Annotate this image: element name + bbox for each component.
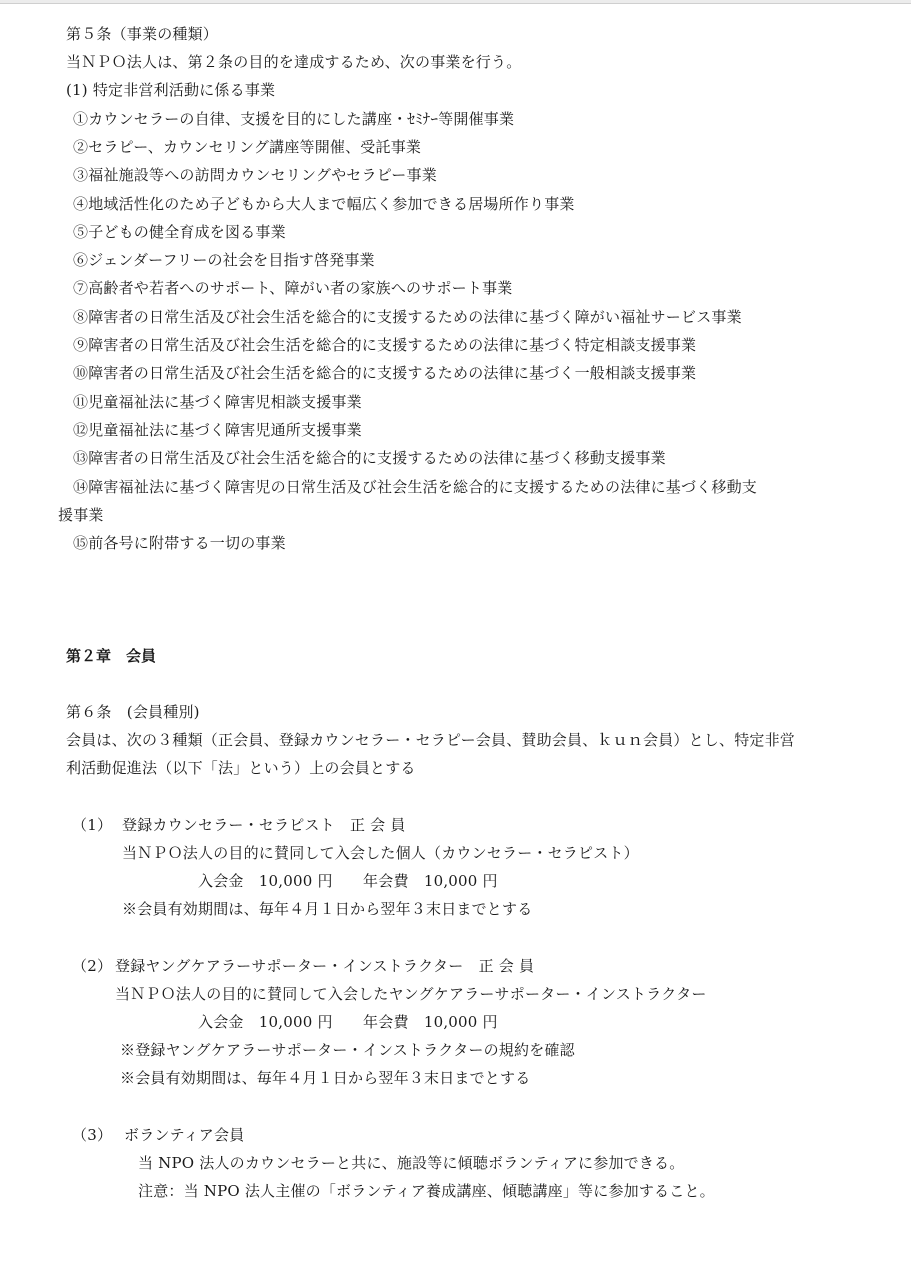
list-item: ③福祉施設等への訪問カウンセリングやセラピー事業 xyxy=(73,165,437,185)
member-note: ※登録ヤングケアラーサポーター・インストラクターの規約を確認 xyxy=(120,1040,575,1060)
list-item: ⑨障害者の日常生活及び社会生活を総合的に支援するための法律に基づく特定相談支援事… xyxy=(73,335,696,355)
list-item: ⑤子どもの健全育成を図る事業 xyxy=(73,222,286,242)
member-note: 注意：当 NPO 法人主催の「ボランティア養成講座、傾聴講座」等に参加すること。 xyxy=(138,1181,715,1201)
member-fees: 入会金 10,000 円 年会費 10,000 円 xyxy=(198,1012,498,1032)
list-item: ⑥ジェンダーフリーの社会を目指す啓発事業 xyxy=(73,250,375,270)
member-note: ※会員有効期間は、毎年４月１日から翌年３末日までとする xyxy=(120,1068,530,1088)
list-item: ⑩障害者の日常生活及び社会生活を総合的に支援するための法律に基づく一般相談支援事… xyxy=(73,363,696,383)
member-number: （2） xyxy=(72,956,112,976)
member-description: 当ＮＰＯ法人の目的に賛同して入会したヤングケアラーサポーター・インストラクター xyxy=(115,984,707,1004)
member-fees: 入会金 10,000 円 年会費 10,000 円 xyxy=(198,871,498,891)
list-item: ⑫児童福祉法に基づく障害児通所支援事業 xyxy=(73,420,362,440)
page-top-border xyxy=(0,0,911,4)
article6-heading: 第６条 (会員種別) xyxy=(66,702,200,722)
list-item: ⑭障害福祉法に基づく障害児の日常生活及び社会生活を総合的に支援するための法律に基… xyxy=(73,477,757,497)
list-item: ④地域活性化のため子どもから大人まで幅広く参加できる居場所作り事業 xyxy=(73,194,575,214)
list-item: ⑦高齢者や若者へのサポート、障がい者の家族へのサポート事業 xyxy=(73,278,512,298)
member-title: ボランティア会員 xyxy=(124,1125,244,1145)
chapter-heading: 第２章 会員 xyxy=(66,646,156,666)
list-item: ⑬障害者の日常生活及び社会生活を総合的に支援するための法律に基づく移動支援事業 xyxy=(73,448,666,468)
article5-heading: 第５条（事業の種類） xyxy=(66,24,218,44)
list-item: ⑮前各号に附帯する一切の事業 xyxy=(73,533,286,553)
article5-intro: 当ＮＰＯ法人は、第２条の目的を達成するため、次の事業を行う。 xyxy=(66,52,521,72)
article6-intro-line2: 利活動促進法（以下「法」という）上の会員とする xyxy=(66,758,416,778)
member-description: 当 NPO 法人のカウンセラーと共に、施設等に傾聴ボランティアに参加できる。 xyxy=(138,1153,684,1173)
list-item: ②セラピー、カウンセリング講座等開催、受託事業 xyxy=(73,137,421,157)
article6-intro-line1: 会員は、次の３種類（正会員、登録カウンセラー・セラピー会員、賛助会員、ｋｕｎ会員… xyxy=(66,730,795,750)
list-item: ⑧障害者の日常生活及び社会生活を総合的に支援するための法律に基づく障がい福祉サー… xyxy=(73,307,742,327)
member-title: 登録ヤングケアラーサポーター・インストラクター 正 会 員 xyxy=(115,956,534,976)
list-item: ⑪児童福祉法に基づく障害児相談支援事業 xyxy=(73,392,362,412)
list-item: ①カウンセラーの自律、支援を目的にした講座・ｾﾐﾅｰ等開催事業 xyxy=(73,109,514,129)
member-note: ※会員有効期間は、毎年４月１日から翌年３末日までとする xyxy=(122,899,532,919)
article5-category: (1) 特定非営利活動に係る事業 xyxy=(66,80,275,100)
member-number: （3） xyxy=(72,1125,112,1145)
list-item-continuation: 援事業 xyxy=(58,505,104,525)
member-title: 登録カウンセラー・セラピスト 正 会 員 xyxy=(122,815,406,835)
member-number: （1） xyxy=(72,815,112,835)
member-description: 当ＮＰＯ法人の目的に賛同して入会した個人（カウンセラー・セラピスト） xyxy=(122,843,639,863)
